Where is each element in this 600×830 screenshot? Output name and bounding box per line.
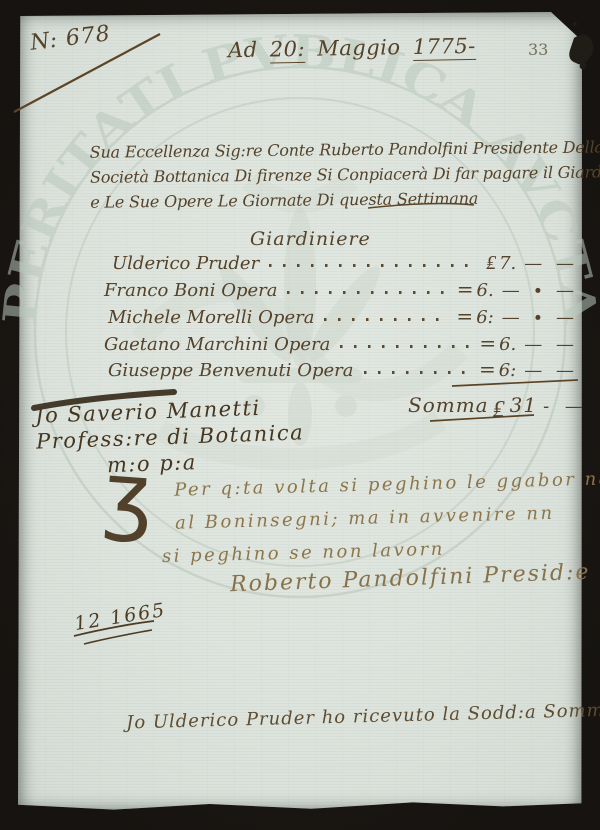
somma-label: Somma [408, 393, 489, 417]
gardener-row: Giuseppe Benvenuti Opera = 6: — — [104, 357, 578, 381]
date-month: Maggio [317, 35, 401, 60]
gardeners-heading: Giardiniere [250, 228, 371, 250]
dotted-leader [324, 318, 446, 321]
currency-sign: = [479, 331, 496, 355]
amount-value: 6: [476, 307, 494, 328]
amount-trail: — — [524, 253, 578, 274]
gardener-row: Michele Morelli Opera = 6: — ∙ — [104, 304, 578, 328]
gardener-name: Franco Boni Opera [104, 280, 277, 301]
dotted-leader [287, 291, 446, 294]
gardener-row: Franco Boni Opera = 6. — ∙ — [104, 277, 578, 301]
somma-trail: - — [543, 396, 588, 417]
somma-row: Somma₤31- — [408, 390, 588, 419]
date-day: 20: [270, 37, 306, 64]
somma-amount: 31 [510, 393, 537, 417]
dotted-leader [364, 371, 469, 374]
request-line-2: Società Bottanica Di firenze Si Conpiace… [90, 159, 600, 190]
amount-value: 6. [499, 334, 516, 355]
date-year: 1775- [413, 34, 476, 61]
gardener-name: Michele Morelli Opera [108, 307, 314, 328]
amount-trail: — — [524, 334, 578, 355]
amount-value: 6. [477, 280, 494, 301]
folio-number: 33 [528, 40, 548, 59]
date-line: Ad 20: Maggio 1775- [228, 34, 481, 62]
request-paragraph: Sua Eccellenza Sig:re Conte Ruberto Pand… [90, 134, 600, 215]
currency-sign: = [479, 357, 496, 381]
dotted-leader [269, 264, 476, 267]
date-prefix: Ad [228, 38, 258, 63]
somma-currency-sign: ₤ [493, 395, 506, 424]
manetti-signature-block: Jo Saverio Manetti Profess:re di Botanic… [35, 393, 306, 480]
document-scan: PERITATI PVBLICA AVCTA [0, 0, 600, 830]
currency-sign: = [457, 277, 474, 301]
request-line-3: e Le Sue Opere Le Giornate Di questa Set… [90, 184, 600, 215]
amount-trail: — — [524, 360, 578, 381]
approval-note: Per q:ta volta si peghino le ggabor na a… [174, 462, 600, 572]
amount-value: 7. [499, 253, 516, 274]
approval-brace: ʒ [101, 450, 157, 539]
gardener-name: Gaetano Marchini Opera [104, 334, 330, 355]
gardener-row: Gaetano Marchini Opera = 6. — — [104, 331, 578, 355]
gardener-name: Ulderico Pruder [112, 253, 259, 274]
currency-sign: = [456, 304, 473, 328]
gardener-name: Giuseppe Benvenuti Opera [108, 360, 354, 381]
amount-trail: — ∙ — [502, 280, 578, 301]
amount-trail: — ∙ — [502, 307, 578, 328]
amount-value: 6: [499, 360, 517, 381]
gardener-row: Ulderico Pruder ₤ 7. — — [104, 250, 578, 275]
currency-sign: ₤ [486, 250, 496, 275]
dotted-leader [340, 345, 469, 348]
